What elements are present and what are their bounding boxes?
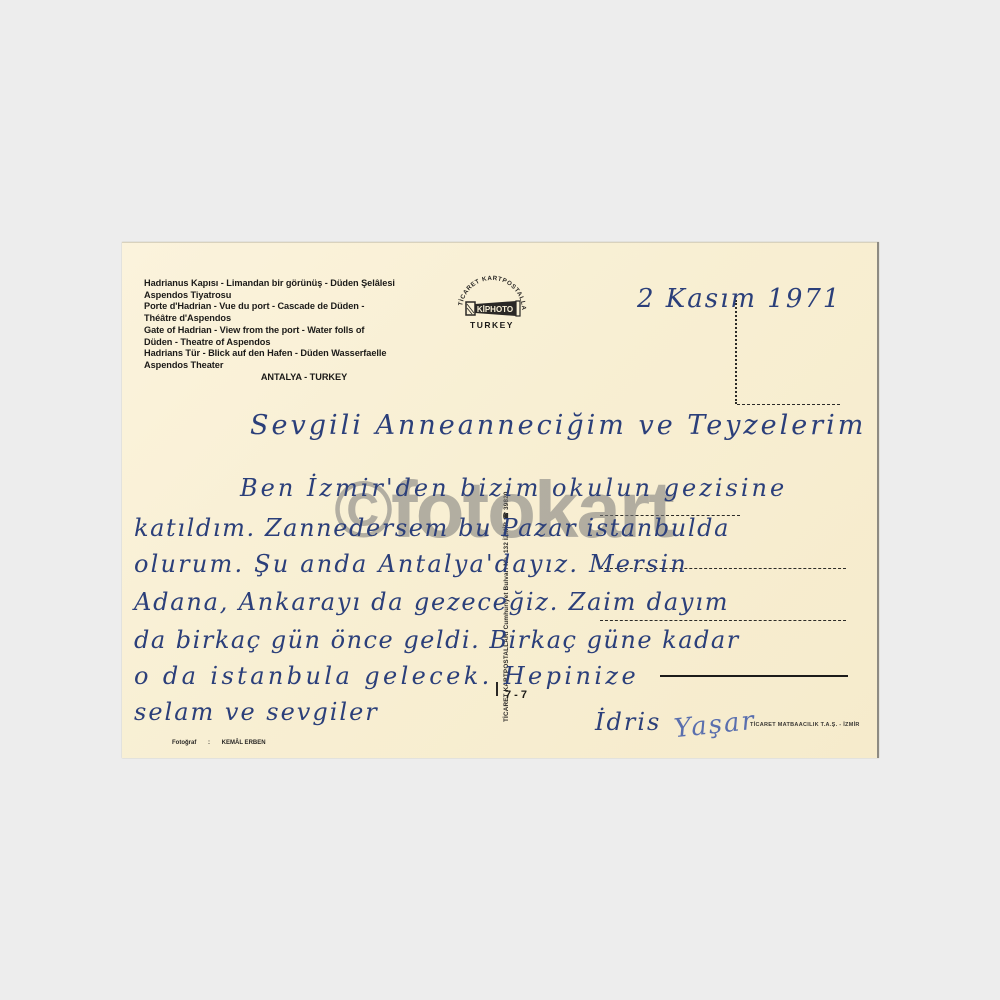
photographer-name: KEMÂL ERBEN [222, 740, 266, 746]
handwritten-line: katıldım. Zannedersem bu Pazar istanbuld… [134, 514, 730, 542]
address-line-solid [660, 675, 848, 677]
photographer-label: Fotoğraf [172, 740, 196, 746]
caption-line: Aspendos Theater [144, 360, 424, 372]
caption-line: Porte d'Hadrian - Vue du port - Cascade … [144, 301, 424, 313]
handwritten-greeting: Sevgili Anneanneciğim ve Teyzelerim [250, 410, 866, 441]
camera-logo-icon: TİCARET KARTPOSTALLARI KİPHOTO TURKEY [452, 268, 532, 338]
caption-location: ANTALYA - TURKEY [144, 372, 424, 384]
printer-imprint: TİCARET MATBAACILIK T.A.Ş. - İZMİR [750, 722, 860, 728]
handwritten-line: olurum. Şu anda Antalya'dayız. Mersin [134, 550, 688, 578]
caption-line: Théâtre d'Aspendos [144, 313, 424, 325]
photographer-separator: : [208, 740, 210, 746]
stamp-box-vertical-line [735, 300, 737, 404]
series-number: 7 - 7 [505, 689, 527, 701]
handwritten-signature-name: İdris [595, 708, 661, 736]
handwritten-line: selam ve sevgiler [134, 698, 379, 726]
handwritten-line: da birkaç gün önce geldi. Birkaç güne ka… [134, 626, 740, 654]
address-line [600, 620, 846, 621]
handwritten-line: o da istanbula gelecek. Hepinize [134, 662, 639, 690]
handwritten-line: Adana, Ankarayı da gezeceğiz. Zaim dayım [134, 588, 729, 616]
postcard-back: Hadrianus Kapısı - Limandan bir görünüş … [122, 242, 879, 758]
handwritten-signature-scrawl: Yaşar [673, 706, 758, 744]
caption-line: Hadrians Tür - Blick auf den Hafen - Düd… [144, 348, 424, 360]
caption-line: Aspendos Tiyatrosu [144, 290, 424, 302]
caption-line: Gate of Hadrian - View from the port - W… [144, 325, 424, 337]
caption-block: Hadrianus Kapısı - Limandan bir görünüş … [144, 278, 424, 383]
photographer-credit: Fotoğraf : KEMÂL ERBEN [172, 740, 276, 746]
logo-brand: KİPHOTO [477, 305, 513, 314]
caption-line: Hadrianus Kapısı - Limandan bir görünüş … [144, 278, 424, 290]
handwritten-line: Ben İzmir'den bizim okulun gezisine [240, 474, 787, 502]
logo-country: TURKEY [470, 320, 514, 330]
handwritten-date: 2 Kasım 1971 [637, 284, 841, 314]
caption-line: Düden - Theatre of Aspendos [144, 337, 424, 349]
publisher-logo: TİCARET KARTPOSTALLARI KİPHOTO TURKEY [452, 268, 532, 338]
stamp-box-horizontal-line [737, 404, 840, 405]
